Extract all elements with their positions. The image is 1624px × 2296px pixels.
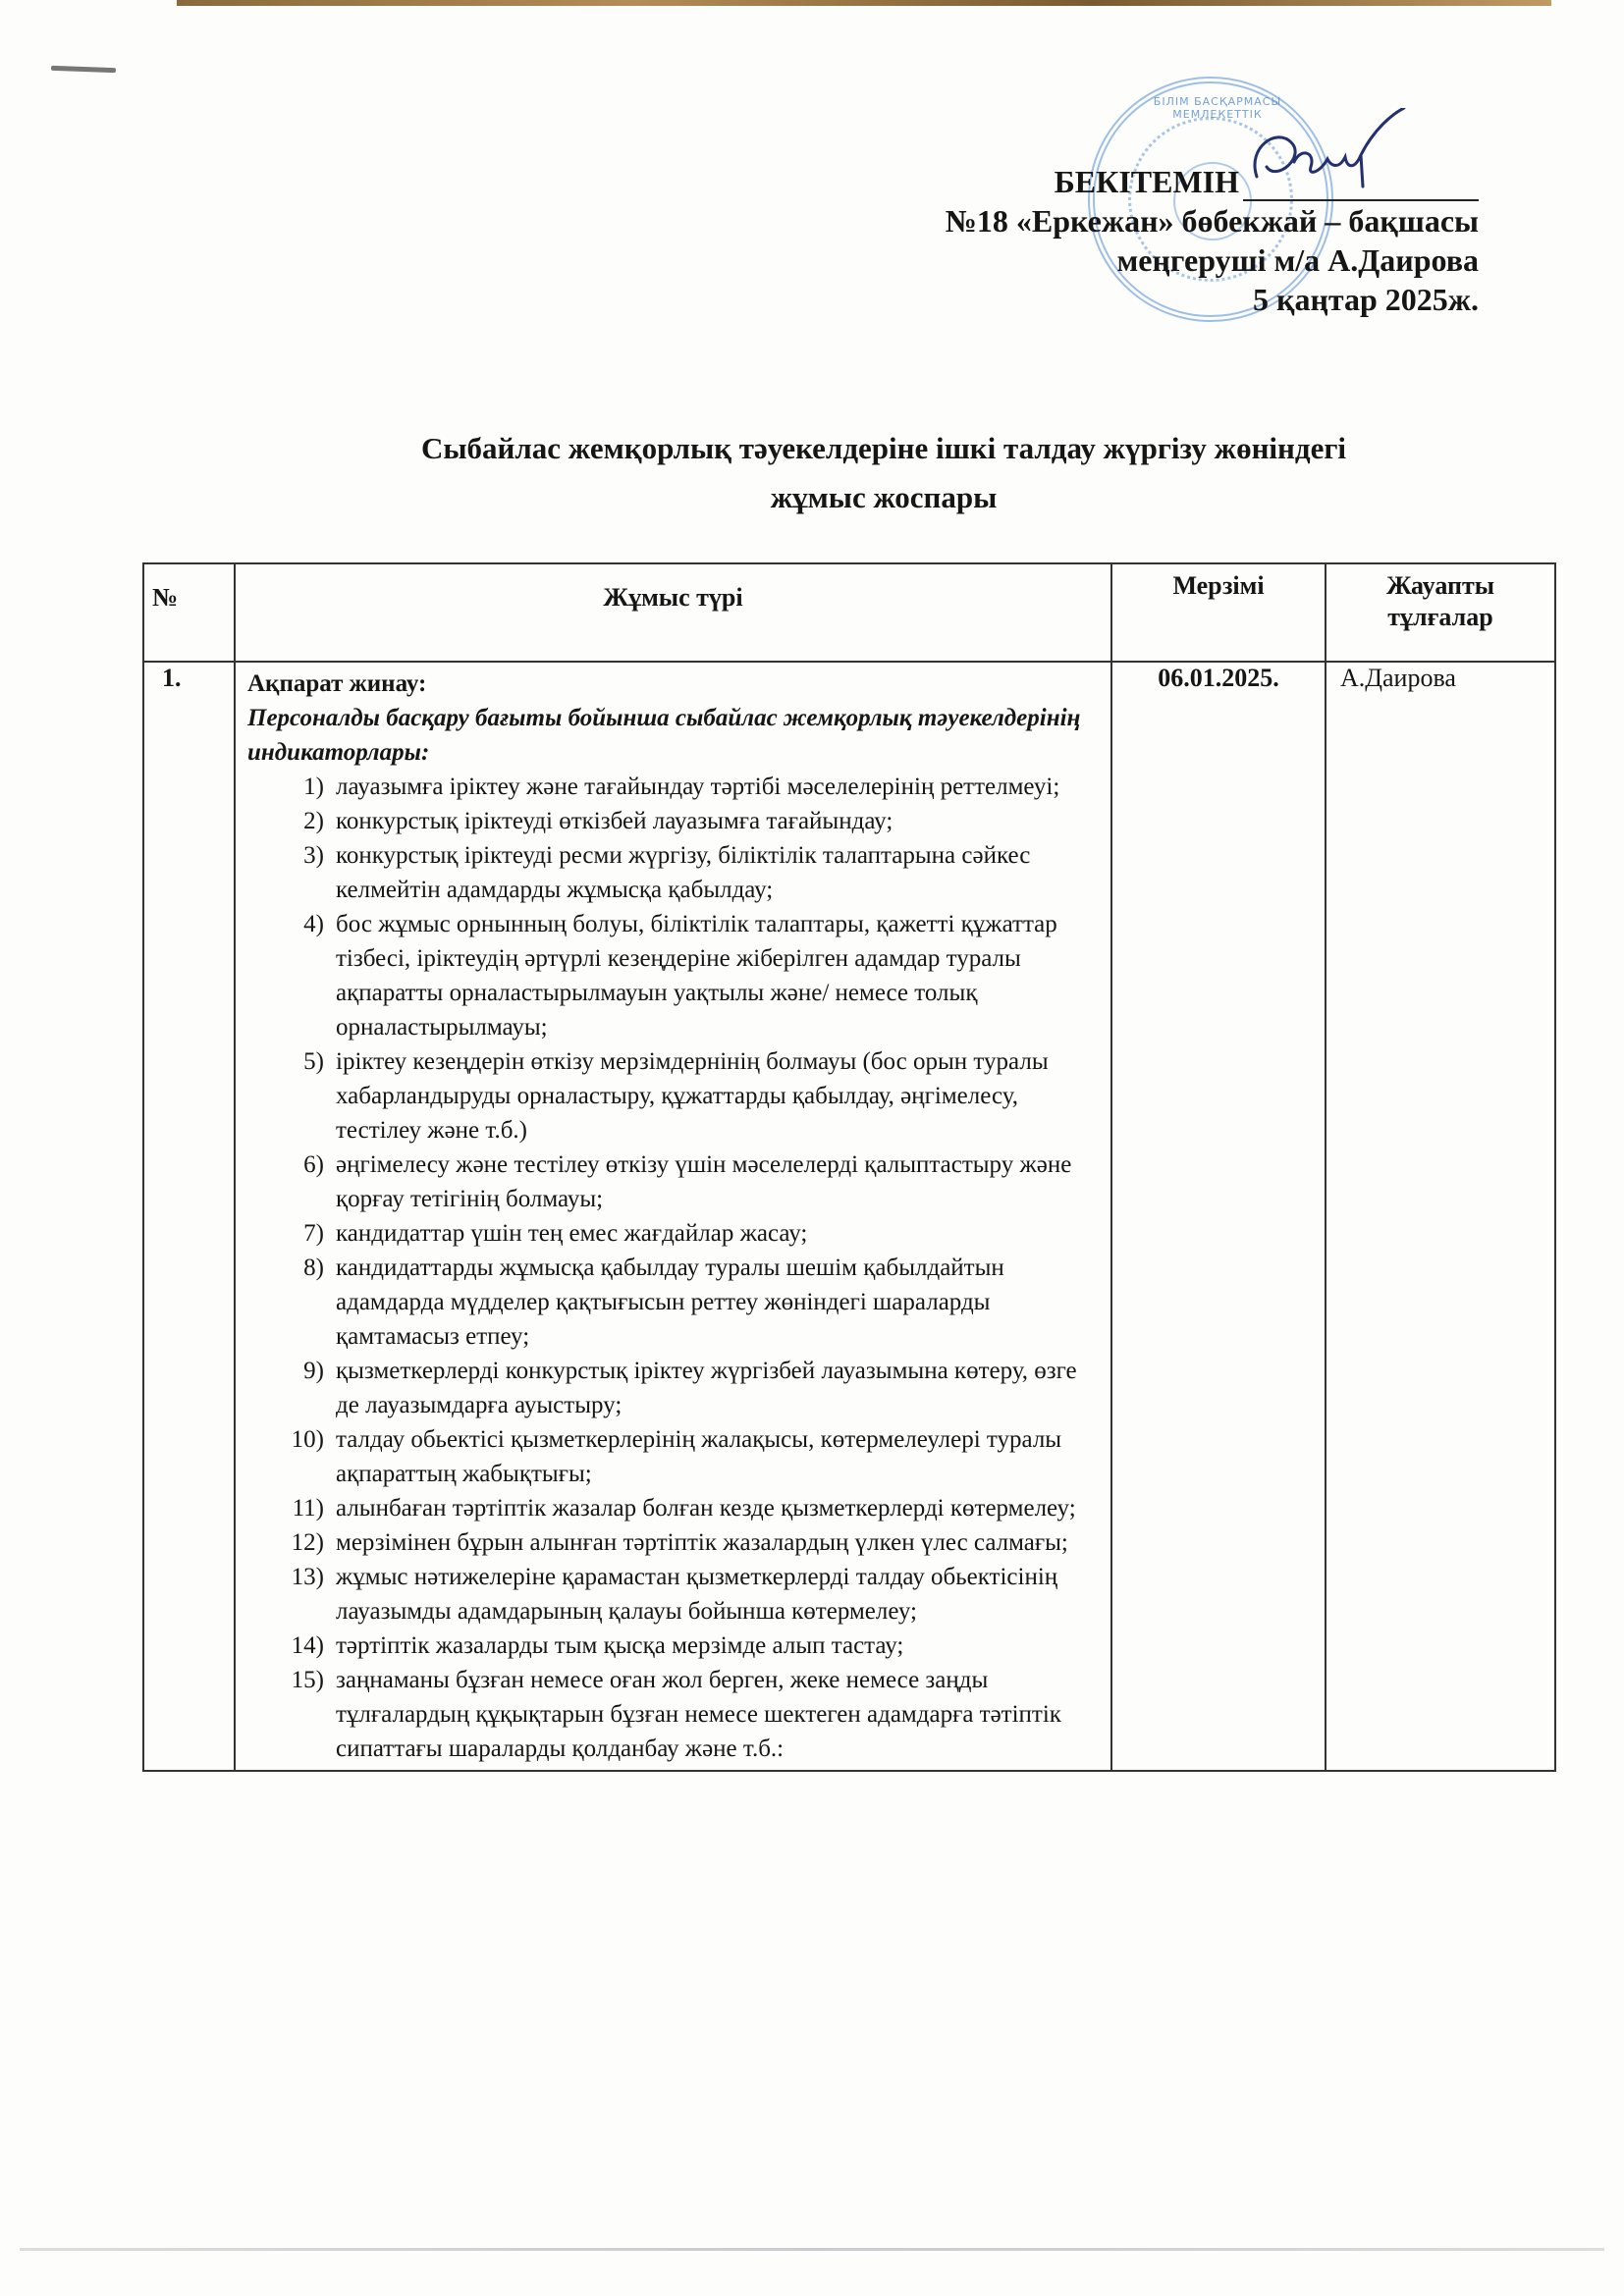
scan-bottom-edge [20, 2248, 1604, 2251]
list-item-number: 15) [247, 1663, 336, 1766]
list-item-text: мерзімінен бұрын алынған тәртіптік жазал… [336, 1525, 1103, 1560]
scan-artifact [51, 66, 116, 73]
list-item-number: 13) [247, 1560, 336, 1629]
list-item: 14)тәртіптік жазаларды тым қысқа мерзімд… [247, 1629, 1103, 1663]
signature-line [1243, 166, 1479, 201]
approval-date: 5 қаңтар 2025ж. [946, 280, 1479, 319]
list-item-text: талдау обьектісі қызметкерлерінің жалақы… [336, 1422, 1103, 1491]
list-item-number: 10) [247, 1422, 336, 1491]
list-item: 4)бос жұмыс орнынның болуы, біліктілік т… [247, 907, 1103, 1044]
list-item: 5)іріктеу кезеңдерін өткізу мерзімдернін… [247, 1044, 1103, 1148]
list-item-number: 14) [247, 1629, 336, 1663]
list-item: 7)кандидаттар үшін тең емес жағдайлар жа… [247, 1216, 1103, 1251]
approval-heading: БЕКІТЕМІН [1055, 162, 1239, 201]
list-item-number: 6) [247, 1148, 336, 1216]
list-item-text: кандидаттар үшін тең емес жағдайлар жаса… [336, 1216, 1103, 1251]
table-row: 1. Ақпарат жинау: Персоналды басқару бағ… [143, 662, 1555, 1771]
document-title: Сыбайлас жемқорлық тәуекелдеріне ішкі та… [295, 424, 1473, 522]
table-header-row: № Жұмыс түрі Мерзімі Жауапты тұлғалар [143, 563, 1555, 662]
list-item-number: 1) [247, 770, 336, 804]
approval-block: БЕКІТЕМІН №18 «Еркежан» бөбекжай – бақша… [946, 162, 1479, 319]
list-item: 15)заңнаманы бұзған немесе оған жол берг… [247, 1663, 1103, 1766]
section-subtitle: Персоналды басқару бағыты бойынша сыбайл… [247, 701, 1103, 770]
list-item-text: қызметкерлерді конкурстық іріктеу жүргіз… [336, 1354, 1103, 1422]
header-deadline: Мерзімі [1111, 563, 1326, 662]
work-plan-table: № Жұмыс түрі Мерзімі Жауапты тұлғалар 1.… [142, 562, 1556, 1772]
list-item: 2)конкурстық іріктеуді өткізбей лауазымғ… [247, 804, 1103, 838]
list-item: 10)талдау обьектісі қызметкерлерінің жал… [247, 1422, 1103, 1491]
list-item-number: 8) [247, 1251, 336, 1354]
list-item-number: 11) [247, 1491, 336, 1525]
document-title-line1: Сыбайлас жемқорлық тәуекелдеріне ішкі та… [295, 424, 1473, 473]
list-item-number: 9) [247, 1354, 336, 1422]
header-responsible: Жауапты тұлғалар [1326, 563, 1555, 662]
approval-position: меңгеруші м/а А.Даирова [946, 240, 1479, 280]
list-item-text: тәртіптік жазаларды тым қысқа мерзімде а… [336, 1629, 1103, 1663]
indicator-list: 1)лауазымға іріктеу және тағайындау тәрт… [247, 770, 1103, 1766]
section-title: Ақпарат жинау: [247, 667, 1103, 701]
list-item: 3)конкурстық іріктеуді ресми жүргізу, бі… [247, 838, 1103, 907]
list-item-number: 2) [247, 804, 336, 838]
list-item: 12)мерзімінен бұрын алынған тәртіптік жа… [247, 1525, 1103, 1560]
list-item: 6)әңгімелесу және тестілеу өткізу үшін м… [247, 1148, 1103, 1216]
list-item-text: бос жұмыс орнынның болуы, біліктілік тал… [336, 907, 1103, 1044]
header-number: № [143, 563, 235, 662]
list-item-text: конкурстық іріктеуді өткізбей лауазымға … [336, 804, 1103, 838]
row-responsible: А.Даирова [1326, 662, 1555, 1771]
list-item-number: 12) [247, 1525, 336, 1560]
list-item-text: заңнаманы бұзған немесе оған жол берген,… [336, 1663, 1103, 1766]
list-item-text: әңгімелесу және тестілеу өткізу үшін мәс… [336, 1148, 1103, 1216]
list-item-text: алынбаған тәртіптік жазалар болған кезде… [336, 1491, 1103, 1525]
list-item-number: 3) [247, 838, 336, 907]
list-item: 1)лауазымға іріктеу және тағайындау тәрт… [247, 770, 1103, 804]
scan-top-edge [177, 0, 1551, 6]
approval-organization: №18 «Еркежан» бөбекжай – бақшасы [946, 201, 1479, 240]
list-item-text: жұмыс нәтижелеріне қарамастан қызметкерл… [336, 1560, 1103, 1629]
row-work-type: Ақпарат жинау: Персоналды басқару бағыты… [235, 662, 1111, 1771]
list-item-text: лауазымға іріктеу және тағайындау тәртіб… [336, 770, 1103, 804]
list-item-number: 4) [247, 907, 336, 1044]
list-item-number: 7) [247, 1216, 336, 1251]
document-title-line2: жұмыс жоспары [295, 473, 1473, 522]
list-item-text: кандидаттарды жұмысқа қабылдау туралы ше… [336, 1251, 1103, 1354]
row-deadline: 06.01.2025. [1111, 662, 1326, 1771]
row-number: 1. [143, 662, 235, 1771]
list-item: 9)қызметкерлерді конкурстық іріктеу жүрг… [247, 1354, 1103, 1422]
header-work-type: Жұмыс түрі [235, 563, 1111, 662]
list-item-text: конкурстық іріктеуді ресми жүргізу, білі… [336, 838, 1103, 907]
list-item: 11)алынбаған тәртіптік жазалар болған ке… [247, 1491, 1103, 1525]
list-item: 8)кандидаттарды жұмысқа қабылдау туралы … [247, 1251, 1103, 1354]
list-item-number: 5) [247, 1044, 336, 1148]
list-item: 13)жұмыс нәтижелеріне қарамастан қызметк… [247, 1560, 1103, 1629]
list-item-text: іріктеу кезеңдерін өткізу мерзімдернінің… [336, 1044, 1103, 1148]
